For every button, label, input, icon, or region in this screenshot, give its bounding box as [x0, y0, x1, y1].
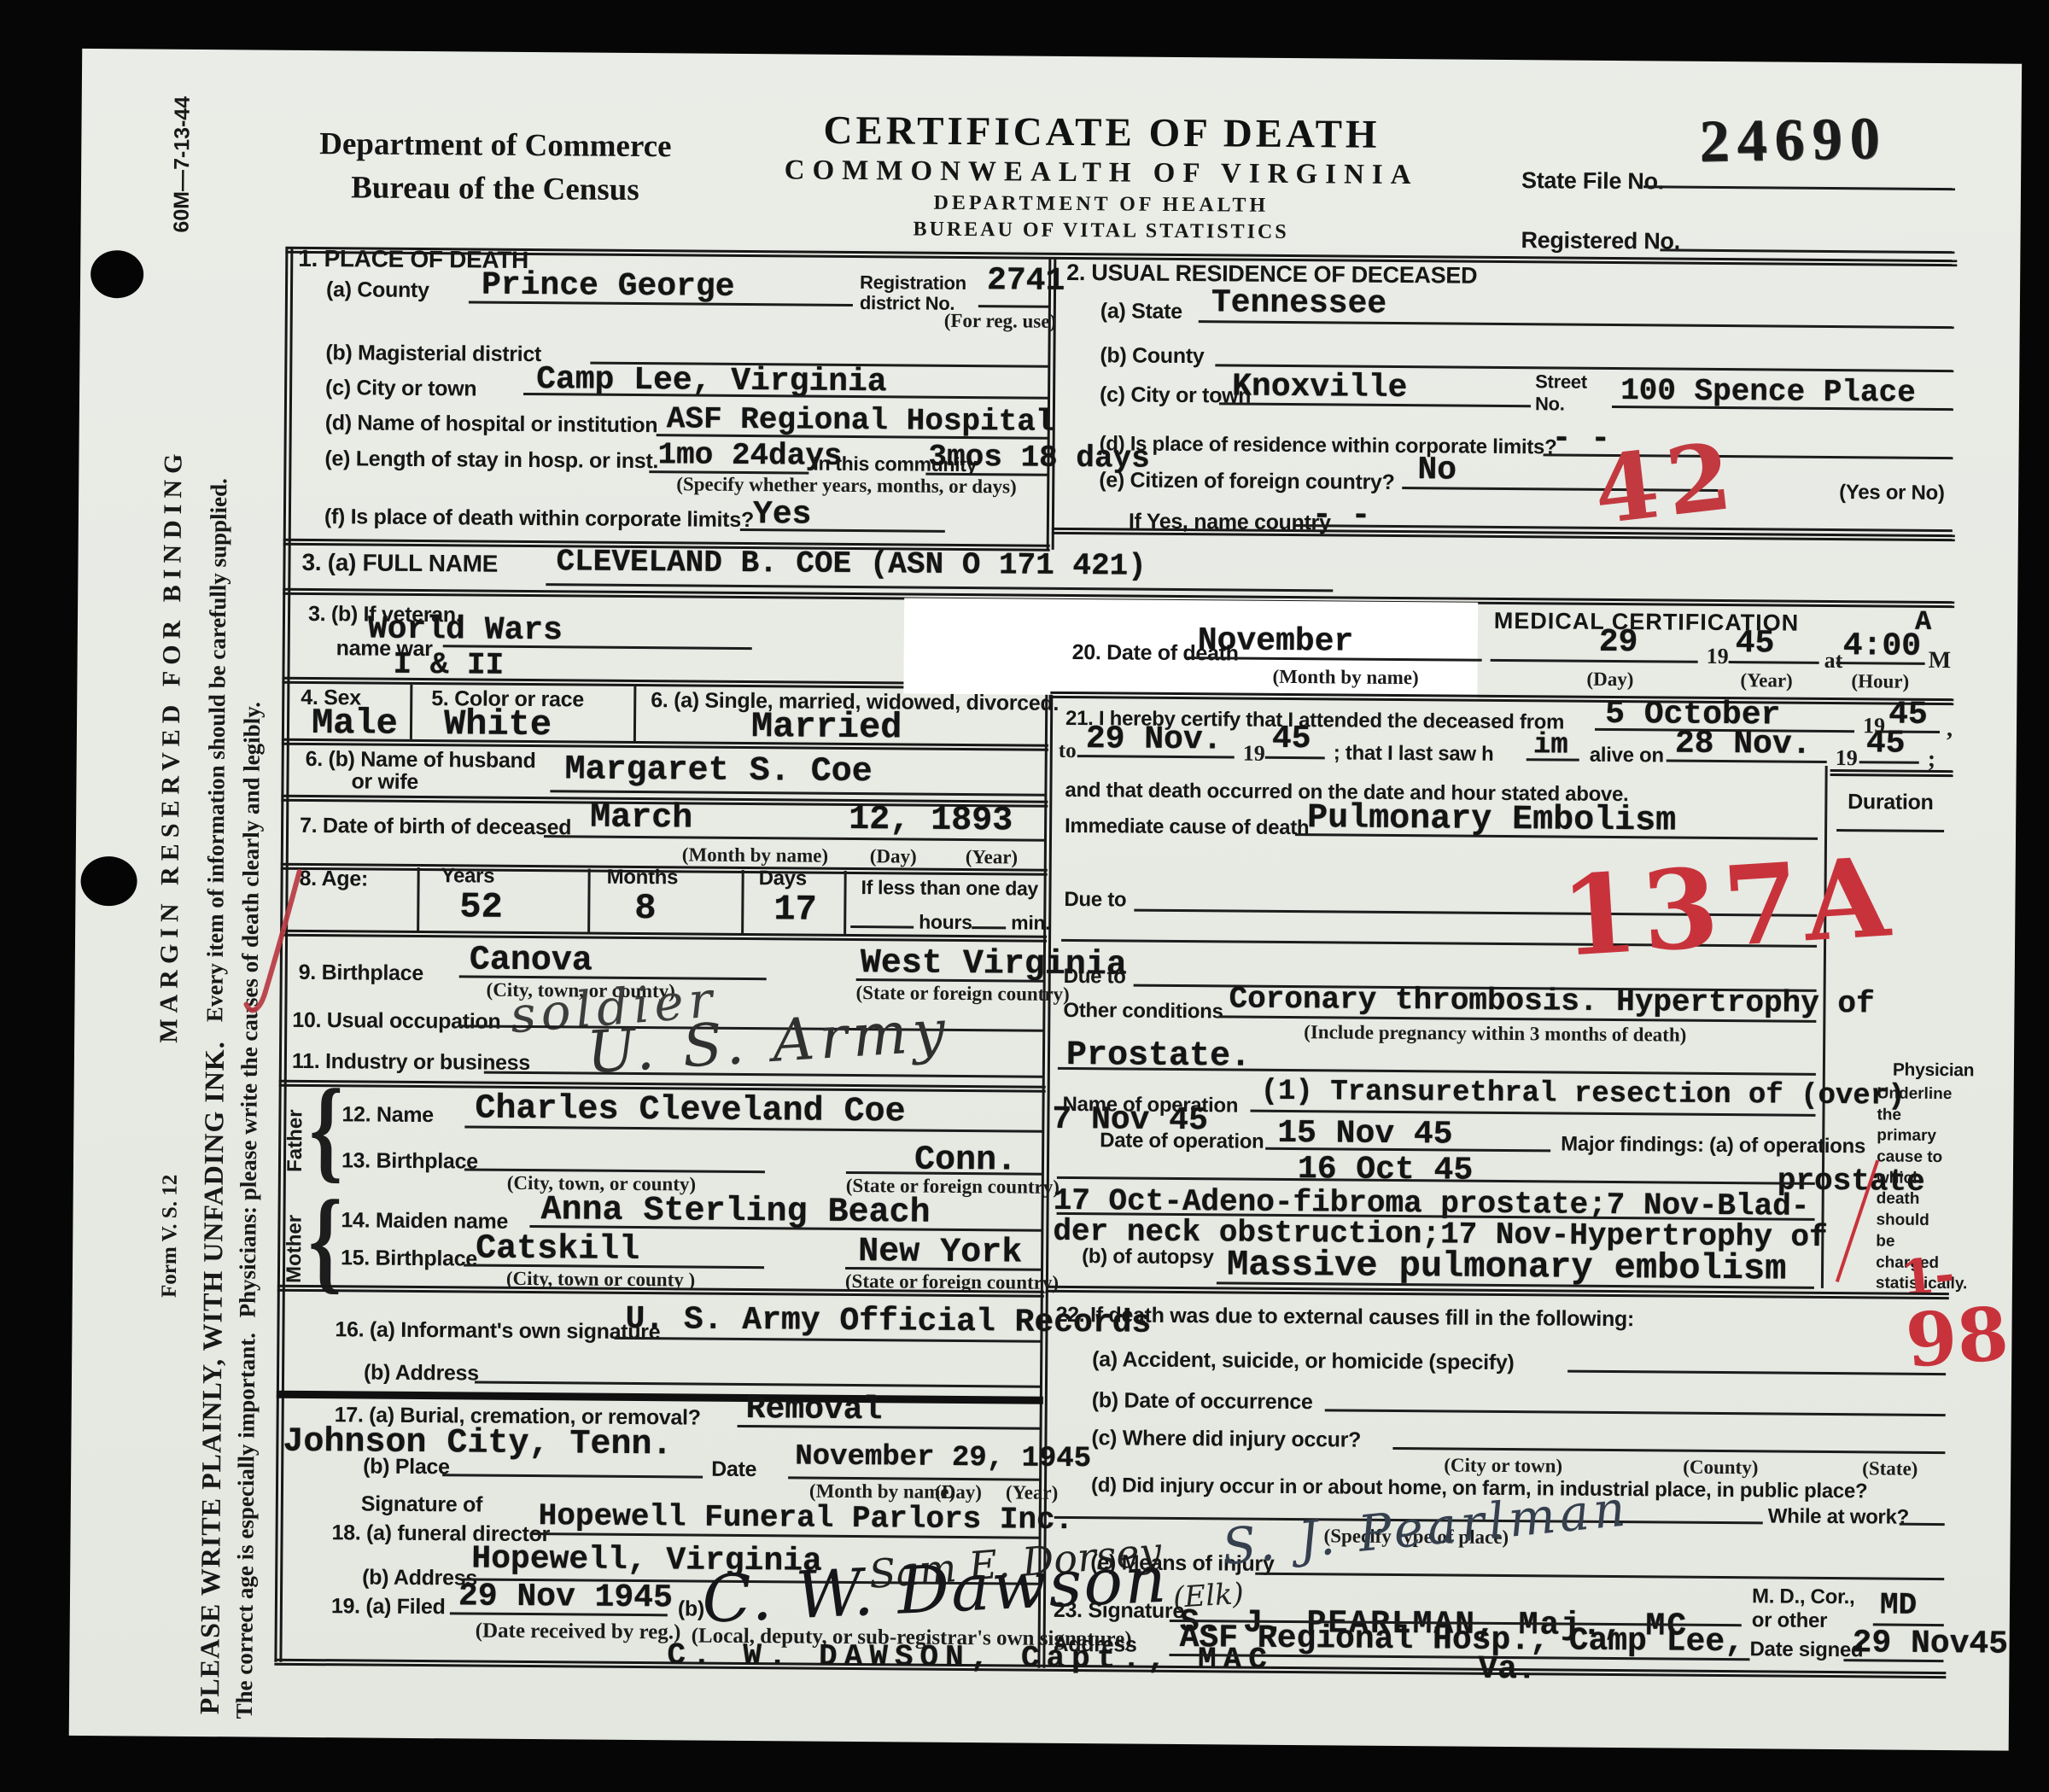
s3a-fullname-label: 3. (a) FULL NAME [301, 549, 498, 578]
s5-s6-divider [633, 686, 637, 741]
s1-stay-label: (e) Length of stay in hosp. or inst. [324, 447, 658, 474]
s21-to-label: to [1059, 739, 1077, 763]
s22-work-label: While at work? [1768, 1504, 1909, 1529]
s17-burial-line [738, 1398, 1041, 1430]
s1-regdist-label2: district No. [860, 292, 955, 315]
s22-occurrence-label: (b) Date of occurrence [1092, 1388, 1313, 1415]
s8-years-label: Years [441, 864, 495, 888]
margin-print-code: 60M—7-13-44 [170, 96, 196, 233]
s23-md-line [1873, 1597, 1944, 1626]
s1-corplimits-line [740, 501, 945, 533]
s1-regdist-label1: Registration [860, 271, 966, 295]
s2-citizen-label: (e) Citizen of foreign country? [1099, 468, 1394, 495]
s22-work-line [1900, 1501, 1945, 1526]
s12-name-line [464, 1098, 1042, 1132]
s21-y19c: 19 [1836, 745, 1858, 771]
page-title: CERTIFICATE OF DEATH [764, 107, 1439, 158]
mother-label: Mother [283, 1205, 307, 1283]
s11-industry-line [484, 1048, 1043, 1078]
s8-hours-label: hours [919, 911, 972, 934]
s2-street-line [1612, 378, 1953, 411]
s1-community-line [925, 447, 1048, 476]
s22-where-n3: (State) [1862, 1457, 1918, 1480]
s8-days-label: Days [759, 867, 807, 890]
duration-top-rule [1830, 769, 1953, 777]
agency-line2: Bureau of the Census [295, 169, 696, 209]
s20-m-label: M [1929, 647, 1952, 674]
s7-note-year: (Year) [966, 846, 1018, 868]
s8-div2 [587, 869, 591, 932]
s13-state-line [846, 1147, 1042, 1176]
commonwealth-subtitle: COMMONWEALTH OF VIRGINIA [764, 155, 1439, 191]
s9-state-line [856, 953, 1044, 983]
s8-months-value: 8 [634, 888, 657, 929]
s1-county-label: (a) County [326, 277, 429, 303]
s2-county-line [1215, 337, 1953, 372]
s21-comma: , [1947, 715, 1953, 743]
s3b-war-line [443, 618, 752, 650]
s23-address-label: Address [1053, 1632, 1136, 1658]
s2-county-label: (b) County [1100, 343, 1204, 369]
s14-maiden-line [529, 1200, 1042, 1232]
s1-regdist-line [978, 279, 1049, 308]
s22-title: 22. If death was due to external causes … [1056, 1303, 1635, 1332]
s22-occurrence-line [1325, 1385, 1946, 1416]
s20-note-hour: (Hour) [1851, 670, 1909, 693]
s1-county-line [469, 273, 853, 306]
state-file-line [1643, 156, 1955, 190]
s20-day-line [1491, 633, 1698, 663]
s8-age-label: 8. Age: [299, 867, 368, 892]
s16-informant-line [614, 1310, 1041, 1343]
s21-due1-label: Due to [1064, 888, 1126, 913]
s21-other-label: Other conditions [1063, 999, 1223, 1024]
s18-signature-label1: Signature of [361, 1492, 482, 1518]
s21-alive-label: alive on [1590, 744, 1664, 768]
s20-month-line [1188, 631, 1482, 662]
s20-hour-line [1836, 636, 1925, 665]
s1-corplimits-label: (f) Is place of death within corporate l… [324, 505, 754, 533]
s17-date-label: Date [711, 1457, 756, 1482]
s8-min-label: min. [1011, 911, 1050, 934]
s21-y19b: 19 [1243, 741, 1265, 767]
s16-address-label: (b) Address [364, 1361, 479, 1386]
s16-address-line [475, 1355, 1041, 1388]
margin-supplied-text: Every item of information should be care… [201, 478, 231, 1022]
s21-aliveyear-line [1859, 735, 1919, 764]
s22-where-n2: (County) [1683, 1456, 1758, 1480]
s8-min-line [972, 909, 1006, 929]
punch-hole-bottom [80, 856, 137, 907]
s17-note-day: (Day) [935, 1481, 982, 1503]
registered-no-label: Registered No. [1521, 227, 1680, 254]
s23-signature-label: 23. Signature [1054, 1598, 1184, 1624]
s1-stay-note: (Specify whether years, months, or days) [676, 473, 1017, 498]
s2-city-line [1219, 375, 1531, 407]
s2-street-label2: No. [1535, 393, 1565, 415]
death-certificate-scan: 60M—7-13-44 MARGIN RESERVED FOR BINDING … [69, 49, 2022, 1751]
s2-state-line [1199, 293, 1954, 329]
s8-div4 [844, 871, 847, 934]
margin-form-number: Form V. S. 12 [158, 1175, 183, 1298]
s20-note-year: (Year) [1740, 669, 1792, 692]
s21-alive-line [1667, 733, 1827, 762]
s23-address-line [1169, 1628, 1749, 1661]
s21-operation-line [1250, 1083, 1815, 1117]
s21-saw-label: ; that I last saw h [1334, 741, 1494, 766]
s9-city-line [459, 949, 767, 980]
s20-y19-label: 19 [1707, 644, 1729, 669]
s22-accident-line [1567, 1346, 1946, 1375]
s20-year-line [1729, 635, 1819, 664]
s13-city-line [464, 1144, 765, 1173]
duration-line [1836, 814, 1944, 832]
margin-binding-note: MARGIN RESERVED FOR BINDING [155, 335, 190, 1043]
s21-immediate-label: Immediate cause of death [1065, 814, 1309, 840]
s20-bottom-rule [1050, 692, 1953, 705]
s23-md-label2: or other [1752, 1608, 1827, 1633]
s22-where-n1: (City or town) [1444, 1454, 1562, 1477]
registered-no-line [1660, 219, 1954, 254]
s1-hospital-label: (d) Name of hospital or institution [325, 411, 658, 438]
s13-birthplace-label: 13. Birthplace [341, 1148, 478, 1174]
s9-birthplace-label: 9. Birthplace [299, 960, 423, 986]
s2-ifyes-line [1295, 502, 1953, 532]
s2-corplimits-label: (d) Is place of residence within corpora… [1100, 432, 1557, 459]
dept-health: DEPARTMENT OF HEALTH [764, 190, 1439, 219]
physician-label: Physician [1893, 1060, 1975, 1082]
s21-findings-line0 [1057, 1153, 1815, 1185]
s8-div3 [741, 870, 744, 933]
s17-place-label: (b) Place [363, 1455, 450, 1480]
s1-stay-line [649, 444, 809, 474]
s2-street-label1: Street [1535, 371, 1587, 393]
s1-hospital-line [657, 407, 1048, 440]
s20-note-day: (Day) [1586, 668, 1633, 691]
s16-informant-label: 16. (a) Informant's own signature [335, 1317, 660, 1345]
s21-him-line [1527, 733, 1579, 761]
s21-autopsy-line [1217, 1254, 1814, 1288]
agency-line1: Department of Commerce [295, 125, 696, 166]
margin-plainly-note: PLEASE WRITE PLAINLY, WITH UNFADING INK.… [194, 101, 238, 1714]
s1-city-label: (c) City or town [325, 376, 476, 401]
s15-city-line [464, 1238, 764, 1269]
bureau-vital: BUREAU OF VITAL STATISTICS [763, 217, 1438, 245]
s17-note-year: (Year) [1006, 1481, 1058, 1503]
s21-other-line [1218, 988, 1816, 1022]
s4-s5-divider [410, 685, 413, 739]
s21-findings-label: Major findings: (a) of operations [1561, 1133, 1865, 1159]
s21-to-line [1077, 729, 1235, 758]
s7-note-month: (Month by name) [682, 843, 828, 867]
s21-autopsy-label: (b) of autopsy [1082, 1245, 1214, 1270]
s19-filed-line [450, 1585, 668, 1616]
s1-city-line [523, 366, 1048, 400]
s21-opdate-label: Date of operation [1100, 1129, 1264, 1154]
s21-toyear-line [1265, 731, 1325, 760]
s8-years-value: 52 [459, 886, 503, 927]
red-check-mark [242, 867, 307, 1025]
s2-yesno-note: (Yes or No) [1839, 481, 1945, 505]
agency-block: Department of Commerce Bureau of the Cen… [295, 125, 697, 209]
s3a-fullname-line [546, 551, 1333, 592]
s19-filed-note: (Date received by reg.) [476, 1620, 681, 1645]
margin-plainly-text: PLEASE WRITE PLAINLY, WITH UNFADING INK. [194, 1041, 230, 1714]
s21-due2-label: Due to [1064, 965, 1126, 989]
s17-place-line [442, 1448, 703, 1478]
title-block: CERTIFICATE OF DEATH COMMONWEALTH OF VIR… [763, 107, 1439, 245]
s7-dob-line [544, 807, 1045, 842]
s22-where-line [1392, 1423, 1945, 1454]
s8-div1 [417, 867, 420, 931]
s7-dob-label: 7. Date of birth of deceased [300, 814, 571, 840]
s6b-spouse-label2: or wife [351, 769, 418, 795]
s23-datesigned-line [1843, 1633, 1943, 1662]
s20-ampm-sup: A [1915, 606, 1931, 638]
s1-regdist-note: (For reg. use) [944, 310, 1057, 333]
s15-birthplace-label: 15. Birthplace [341, 1246, 477, 1271]
s21-opdate-line [1265, 1124, 1550, 1153]
red-stamp-137a: 137A [1557, 833, 1898, 982]
s23-md-label1: M. D., Cor., [1752, 1585, 1855, 1609]
s18-director-line [530, 1505, 1040, 1539]
s20-note-month: (Month by name) [1272, 666, 1418, 689]
duration-label: Duration [1828, 790, 1953, 815]
father-label: Father [283, 1094, 308, 1172]
s15-state-line [845, 1241, 1042, 1271]
s8-hours-line [850, 908, 914, 929]
s19-filed-label: 19. (a) Filed [331, 1594, 446, 1620]
s6b-spouse-label1: 6. (b) Name of husband [306, 747, 536, 773]
s8-less-label: If less than one day [861, 876, 1038, 901]
s21-pregnancy-note: (Include pregnancy within 3 months of de… [1304, 1021, 1686, 1047]
s1-district-label: (b) Magisterial district [325, 341, 541, 367]
s8-days-value: 17 [773, 889, 817, 930]
s22-accident-label: (a) Accident, suicide, or homicide (spec… [1092, 1347, 1515, 1375]
punch-hole-top [90, 250, 143, 298]
margin-age-text: The correct age is especially important. [231, 1333, 260, 1719]
s21-immediate-line [1295, 808, 1818, 840]
state-file-label: State File No. [1521, 167, 1664, 195]
s22-where-label: (c) Where did injury occur? [1091, 1426, 1361, 1452]
s6b-spouse-line [550, 761, 1045, 797]
s17-date-line [788, 1451, 1040, 1480]
s8-months-label: Months [607, 866, 679, 890]
s12-name-label: 12. Name [341, 1102, 434, 1128]
s7-note-day: (Day) [870, 845, 917, 867]
s19-b-label: (b) [678, 1596, 704, 1621]
s2-state-label: (a) State [1100, 299, 1182, 324]
